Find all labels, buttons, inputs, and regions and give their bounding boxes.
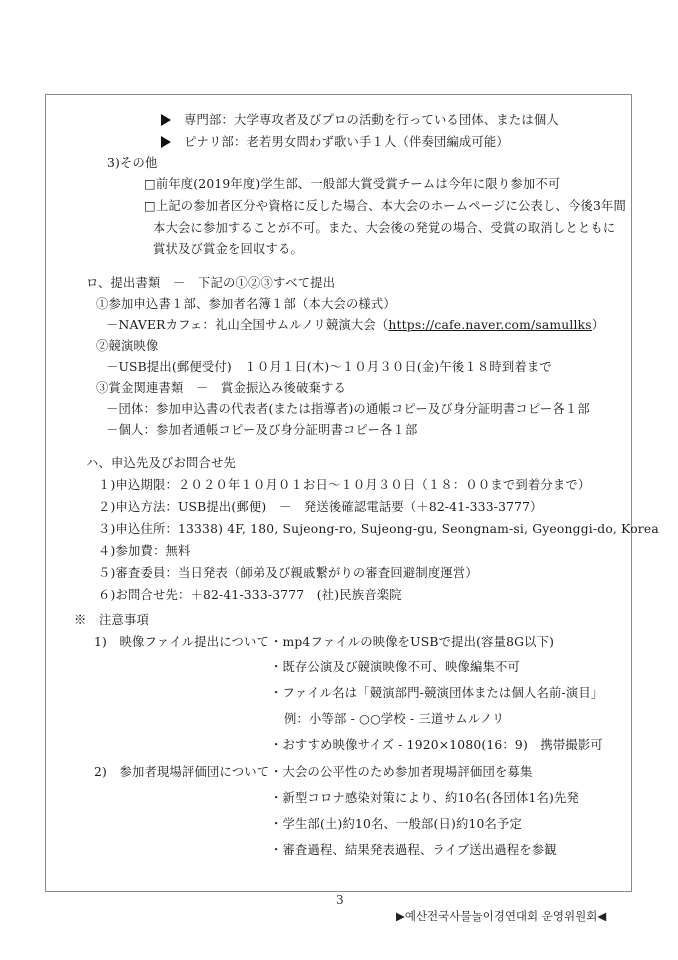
notes-group1-item: ・mp4ファイルの映像をUSBで提出(容量8G以下) bbox=[270, 634, 554, 650]
footer-organizer: ▶예산전국사물놀이경연대회 운영위원회◀ bbox=[396, 908, 606, 924]
contact-item: １)申込期限：２０２０年１０月０１お日～１０月３０日（１８：００まで到着分まで） bbox=[98, 477, 590, 493]
bullet-triangle-icon bbox=[161, 136, 171, 148]
contact-item: ５)審査委員：当日発表（師弟及び親戚繋がりの審査回避制度運営） bbox=[98, 565, 478, 581]
notes-group1-item: ・おすすめ映像サイズ - 1920×1080(16：9) 携帯撮影可 bbox=[270, 737, 603, 753]
documents-item-1-detail: －NAVERカフェ：礼山全国サムルノリ競演大会（https://cafe.nav… bbox=[106, 317, 604, 333]
notes-group1-item: ・ファイル名は「競演部門-競演団体または個人名前-演目」 bbox=[270, 685, 603, 701]
documents-title: ロ、提出書類 － 下記の①②③すべて提出 bbox=[86, 275, 335, 291]
bullet-triangle-icon bbox=[161, 114, 171, 126]
documents-item-1: ①参加申込書１部、参加者名簿１部（本大会の様式） bbox=[96, 296, 396, 312]
detail-suffix: ） bbox=[592, 318, 605, 332]
other-item-continued: 本大会に参加することが不可。また、大会後の発覚の場合、受賞の取消しとともに bbox=[153, 220, 615, 236]
other-item: □上記の参加者区分や資格に反した場合、本大会のホームページに公表し、今後3年間 bbox=[144, 198, 626, 214]
naver-cafe-link[interactable]: https://cafe.naver.com/samullks bbox=[388, 318, 591, 332]
notes-group2-item: ・新型コロナ感染対策により、約10名(各団体1名)先発 bbox=[270, 790, 579, 806]
documents-item-3: ③賞金関連書類 － 賞金振込み後破棄する bbox=[96, 380, 346, 396]
notes-group1-example: 例：小等部 - ○○学校 - 三道サムルノリ bbox=[284, 711, 504, 727]
documents-item-2: ②競演映像 bbox=[96, 338, 159, 354]
documents-item-3-detail: －団体：参加申込書の代表者(または指導者)の通帳コピー及び身分証明書コピー各１部 bbox=[106, 401, 590, 417]
documents-item-3-detail: －個人：参加者通帳コピー及び身分証明書コピー各１部 bbox=[106, 422, 417, 438]
page-number: 3 bbox=[336, 893, 344, 907]
contact-item: ２)申込方法：USB提出(郵便) － 発送後確認電話要（＋82-41-333-3… bbox=[98, 499, 543, 515]
detail-prefix: －NAVERカフェ：礼山全国サムルノリ競演大会（ bbox=[106, 318, 388, 332]
contact-item: ４)参加費：無料 bbox=[98, 543, 190, 559]
other-item-continued: 賞状及び賞金を回収する。 bbox=[153, 241, 303, 257]
category-pro: 専門部：大学専攻者及びプロの活動を行っている団体、または個人 bbox=[184, 112, 559, 128]
notes-group1-item: ・既存公演及び競演映像不可、映像編集不可 bbox=[270, 659, 520, 675]
notes-group1-label: 1) 映像ファイル提出について bbox=[94, 634, 269, 650]
contact-item: ６)お問合せ先：＋82-41-333-3777 (社)民族音楽院 bbox=[98, 587, 402, 603]
category-pinari: ピナリ部：老若男女問わず歌い手１人（伴奏団編成可能） bbox=[184, 134, 509, 150]
notes-group2-item: ・審査過程、結果発表過程、ライブ送出過程を参観 bbox=[270, 842, 557, 858]
notes-group2-label: 2) 参加者現場評価団について bbox=[94, 764, 269, 780]
notes-group2-item: ・大会の公平性のため参加者現場評価団を募集 bbox=[270, 764, 532, 780]
contact-title: ハ、申込先及びお問合せ先 bbox=[86, 455, 236, 471]
documents-item-2-detail: －USB提出(郵便受付) １０月１日(木)～１０月３０日(金)午後１８時到着まで bbox=[106, 359, 552, 375]
other-item: □前年度(2019年度)学生部、一般部大賞受賞チームは今年に限り参加不可 bbox=[144, 176, 560, 192]
other-title: 3)その他 bbox=[107, 155, 158, 171]
notes-title: ※ 注意事項 bbox=[74, 612, 149, 628]
notes-group2-item: ・学生部(土)約10名、一般部(日)約10名予定 bbox=[270, 816, 522, 832]
contact-item: ３)申込住所：13338) 4F, 180, Sujeong-ro, Sujeo… bbox=[98, 521, 659, 537]
